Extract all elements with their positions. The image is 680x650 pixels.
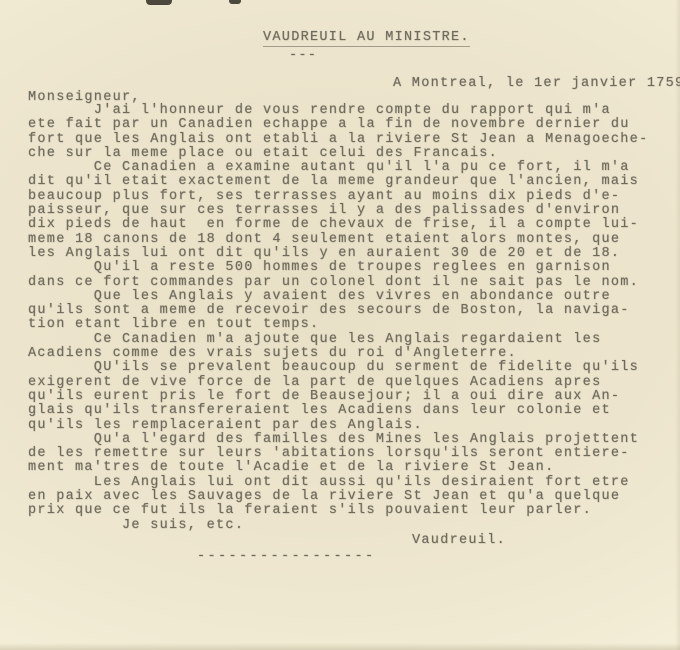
body-line: dix pieds de haut en forme de chevaux de… <box>28 218 649 232</box>
scan-artifact-smudge <box>146 0 172 5</box>
scan-artifact-smudge <box>229 0 241 4</box>
body-line: dans ce fort commandes par un colonel do… <box>28 276 649 290</box>
body-line: exigerent de vive force de la part de qu… <box>28 376 649 390</box>
dateline: A Montreal, le 1er janvier 1759. <box>393 77 680 91</box>
title-dash-rule: --- <box>289 49 317 63</box>
scan-edge-shadow-bottom <box>0 643 680 650</box>
signature: Vaudreuil. <box>412 534 506 548</box>
body-line: meme 18 canons de 18 dont 4 seulement et… <box>28 233 649 247</box>
footer-dash-rule: ----------------- <box>197 550 376 564</box>
body-line: Qu'a l'egard des familles des Mines les … <box>28 433 649 447</box>
letter-body: J'ai l'honneur de vous rendre compte du … <box>28 104 649 519</box>
body-line: tion etant libre en tout temps. <box>28 318 649 332</box>
body-line: Que les Anglais y avaient des vivres en … <box>28 290 649 304</box>
letter-page: VAUDREUIL AU MINISTRE. --- A Montreal, l… <box>0 0 680 650</box>
body-line: dit qu'il etait exactement de la meme gr… <box>28 175 649 189</box>
scan-edge-shadow-right <box>675 0 680 650</box>
letter-title: VAUDREUIL AU MINISTRE. <box>263 31 470 47</box>
body-line: prix que ce fut ils la feraient s'ils po… <box>28 504 649 518</box>
body-line: ment ma'tres de toute l'Acadie et de la … <box>28 461 649 475</box>
body-line: ete fait par un Canadien echappe a la fi… <box>28 118 649 132</box>
body-line: beaucoup plus fort, ses terrasses ayant … <box>28 190 649 204</box>
body-line: QU'ils se prevalent beaucoup du serment … <box>28 361 649 375</box>
body-line: Ce Canadien m'a ajoute que les Anglais r… <box>28 333 649 347</box>
body-line: fort que les Anglais ont etabli a la riv… <box>28 133 649 147</box>
closing: Je suis, etc. <box>122 519 244 533</box>
body-line: glais qu'ils transfereraient les Acadien… <box>28 404 649 418</box>
body-line: Qu'il a reste 500 hommes de troupes regl… <box>28 261 649 275</box>
body-line: Les Anglais lui ont dit aussi qu'ils des… <box>28 476 649 490</box>
body-line: qu'ils les remplaceraient par des Anglai… <box>28 419 649 433</box>
